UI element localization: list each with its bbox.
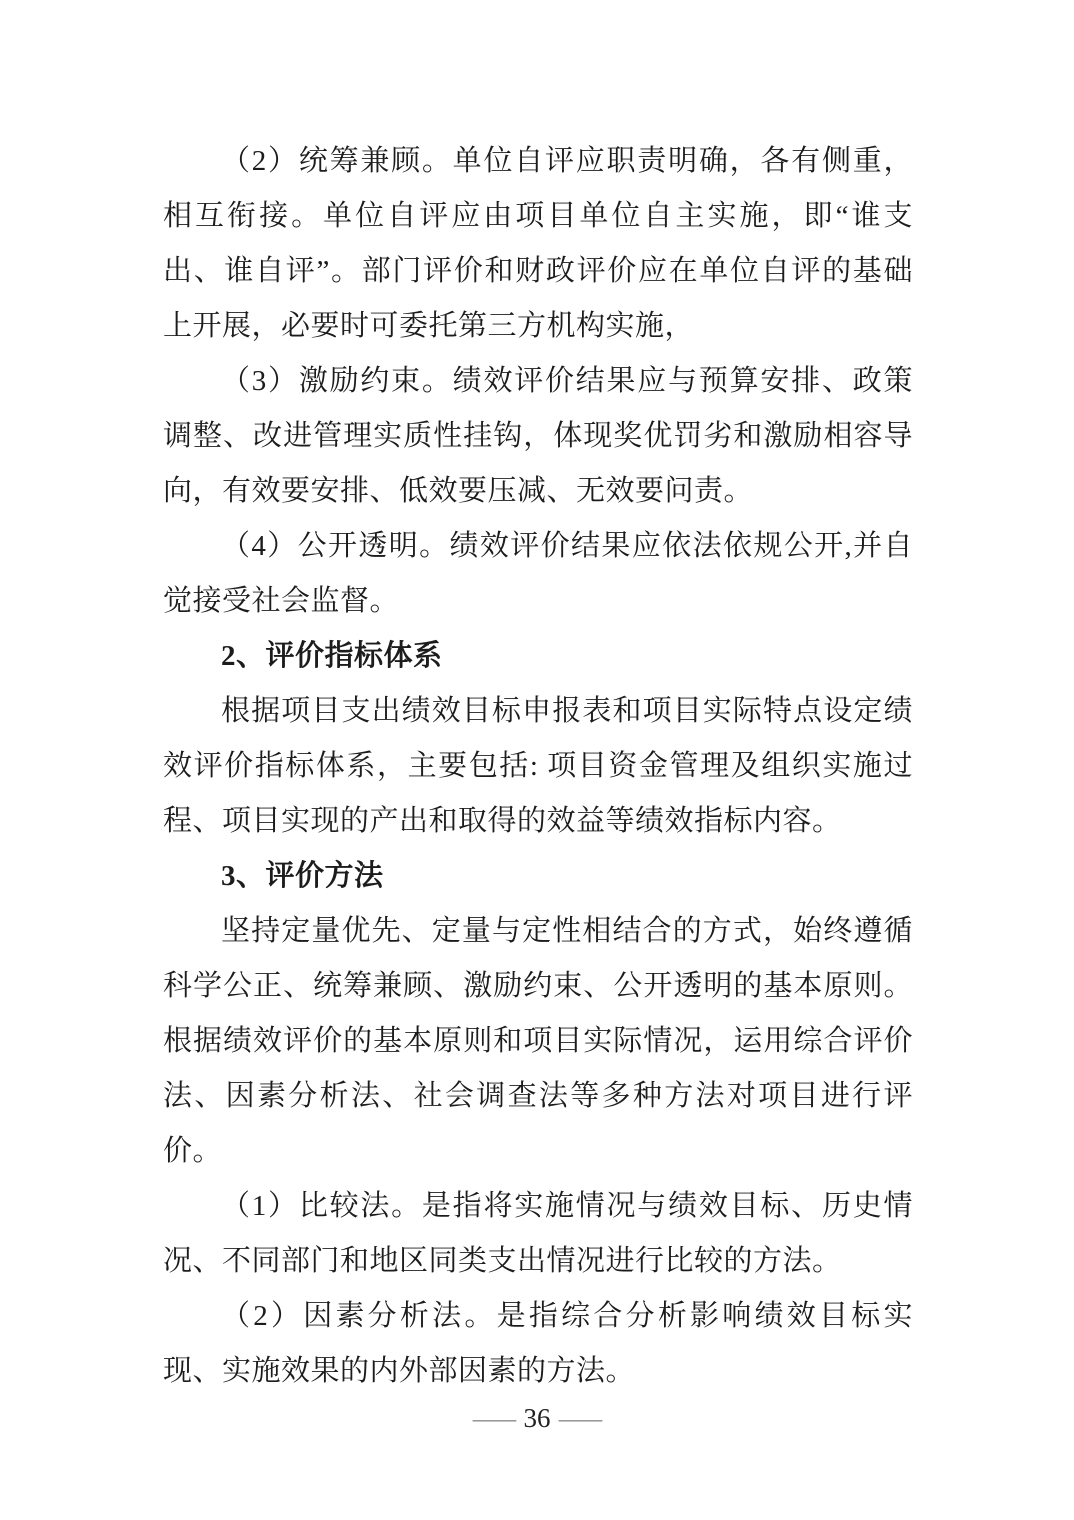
page-footer: —36— — [0, 1398, 1074, 1438]
paragraph-1-comparison-method: （1）比较法。是指将实施情况与绩效目标、历史情况、不同部门和地区同类支出情况进行… — [163, 1179, 913, 1289]
paragraph-4-open-transparent: （4）公开透明。绩效评价结果应依法依规公开,并自觉接受社会监督。 — [163, 519, 913, 629]
paragraph-2-factor-analysis-method: （2）因素分析法。是指综合分析影响绩效目标实现、实施效果的内外部因素的方法。 — [163, 1289, 913, 1399]
page-number: 36 — [524, 1403, 551, 1433]
document-page: （2）统筹兼顾。单位自评应职责明确，各有侧重，相互衔接。单位自评应由项目单位自主… — [0, 0, 1074, 1520]
paragraph-indicator-system-body: 根据项目支出绩效目标申报表和项目实际特点设定绩效评价指标体系，主要包括: 项目资… — [163, 684, 913, 849]
paragraph-2-overall-planning: （2）统筹兼顾。单位自评应职责明确，各有侧重，相互衔接。单位自评应由项目单位自主… — [163, 134, 913, 354]
section-heading-2-indicator-system: 2、评价指标体系 — [163, 629, 913, 684]
footer-dash-right: — — [558, 1398, 601, 1438]
footer-dash-left: — — [472, 1398, 515, 1438]
document-body: （2）统筹兼顾。单位自评应职责明确，各有侧重，相互衔接。单位自评应由项目单位自主… — [163, 134, 913, 1399]
paragraph-3-incentive-constraint: （3）激励约束。绩效评价结果应与预算安排、政策调整、改进管理实质性挂钩，体现奖优… — [163, 354, 913, 519]
section-heading-3-evaluation-method: 3、评价方法 — [163, 849, 913, 904]
paragraph-evaluation-method-body: 坚持定量优先、定量与定性相结合的方式，始终遵循科学公正、统筹兼顾、激励约束、公开… — [163, 904, 913, 1179]
